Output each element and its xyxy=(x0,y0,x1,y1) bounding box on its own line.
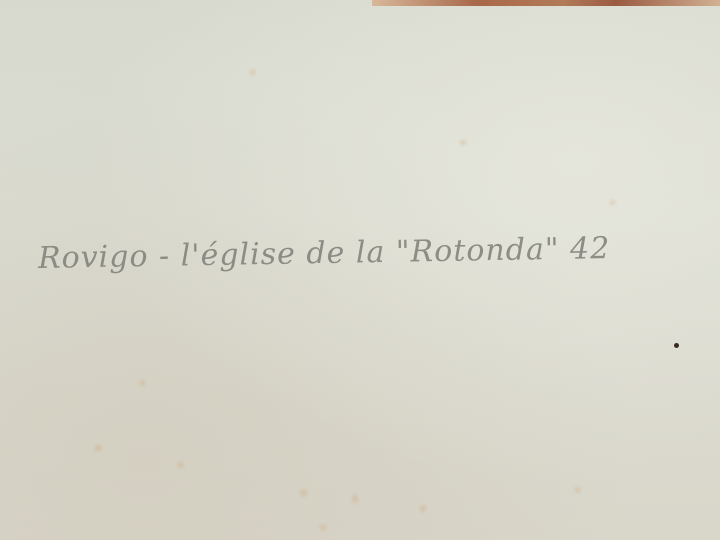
print-edge-strip xyxy=(372,0,720,6)
ink-speck xyxy=(674,343,679,348)
